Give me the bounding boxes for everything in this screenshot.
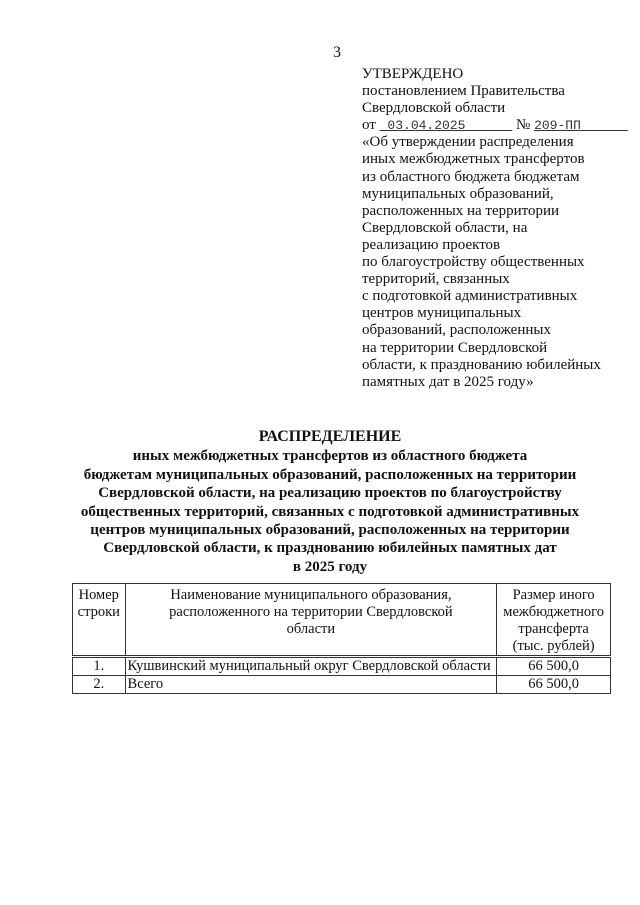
title-line: Свердловской области, на реализацию прое… — [60, 484, 600, 502]
header-row-number: Номер строки — [73, 584, 126, 657]
number-prefix: № — [516, 117, 530, 133]
row-number: 1. — [73, 657, 126, 676]
page-number: 3 — [333, 44, 341, 62]
approval-number: 209-ПП — [534, 118, 628, 133]
title-main: РАСПРЕДЕЛЕНИЕ — [60, 428, 600, 446]
row-municipality: Всего — [125, 676, 497, 694]
row-number: 2. — [73, 676, 126, 694]
subject-line: Свердловской области, на — [362, 220, 632, 237]
title-line: общественных территорий, связанных с под… — [60, 503, 600, 521]
title-line: Свердловской области, к празднованию юби… — [60, 539, 600, 557]
subject-line: центров муниципальных — [362, 305, 632, 322]
row-amount: 66 500,0 — [497, 676, 611, 694]
subject-line: памятных дат в 2025 году» — [362, 374, 632, 391]
subject-line: территорий, связанных — [362, 271, 632, 288]
subject-line: образований, расположенных — [362, 322, 632, 339]
row-municipality: Кушвинский муниципальный округ Свердловс… — [125, 657, 497, 676]
title-line: в 2025 году — [60, 558, 600, 576]
approval-line-1: постановлением Правительства — [362, 83, 632, 100]
document-title: РАСПРЕДЕЛЕНИЕ иных межбюджетных трансфер… — [60, 428, 600, 576]
date-prefix: от — [362, 117, 376, 133]
title-line: центров муниципальных образований, распо… — [60, 521, 600, 539]
subject-line: иных межбюджетных трансфертов — [362, 151, 632, 168]
subject-line: «Об утверждении распределения — [362, 134, 632, 151]
subject-line: расположенных на территории — [362, 203, 632, 220]
approval-stamp: УТВЕРЖДЕНО постановлением Правительства … — [362, 66, 632, 391]
row-amount: 66 500,0 — [497, 657, 611, 676]
approval-heading: УТВЕРЖДЕНО — [362, 66, 632, 83]
header-transfer-amount: Размер иного межбюджетного трансферта (т… — [497, 584, 611, 657]
approval-line-2: Свердловской области — [362, 100, 632, 117]
approval-date-line: от 03.04.2025 № 209-ПП — [362, 117, 632, 134]
approval-date: 03.04.2025 — [380, 118, 513, 133]
table-row: 1. Кушвинский муниципальный округ Свердл… — [73, 657, 611, 676]
table-header-row: Номер строки Наименование муниципального… — [73, 584, 611, 657]
subject-line: из областного бюджета бюджетам — [362, 169, 632, 186]
title-line: бюджетам муниципальных образований, расп… — [60, 466, 600, 484]
subject-line: с подготовкой административных — [362, 288, 632, 305]
distribution-table: Номер строки Наименование муниципального… — [72, 583, 611, 694]
subject-line: на территории Свердловской — [362, 340, 632, 357]
title-line: иных межбюджетных трансфертов из областн… — [60, 447, 600, 465]
subject-line: муниципальных образований, — [362, 186, 632, 203]
header-municipality: Наименование муниципального образования,… — [125, 584, 497, 657]
table-row: 2. Всего 66 500,0 — [73, 676, 611, 694]
subject-line: области, к празднованию юбилейных — [362, 357, 632, 374]
subject-line: реализацию проектов — [362, 237, 632, 254]
subject-line: по благоустройству общественных — [362, 254, 632, 271]
